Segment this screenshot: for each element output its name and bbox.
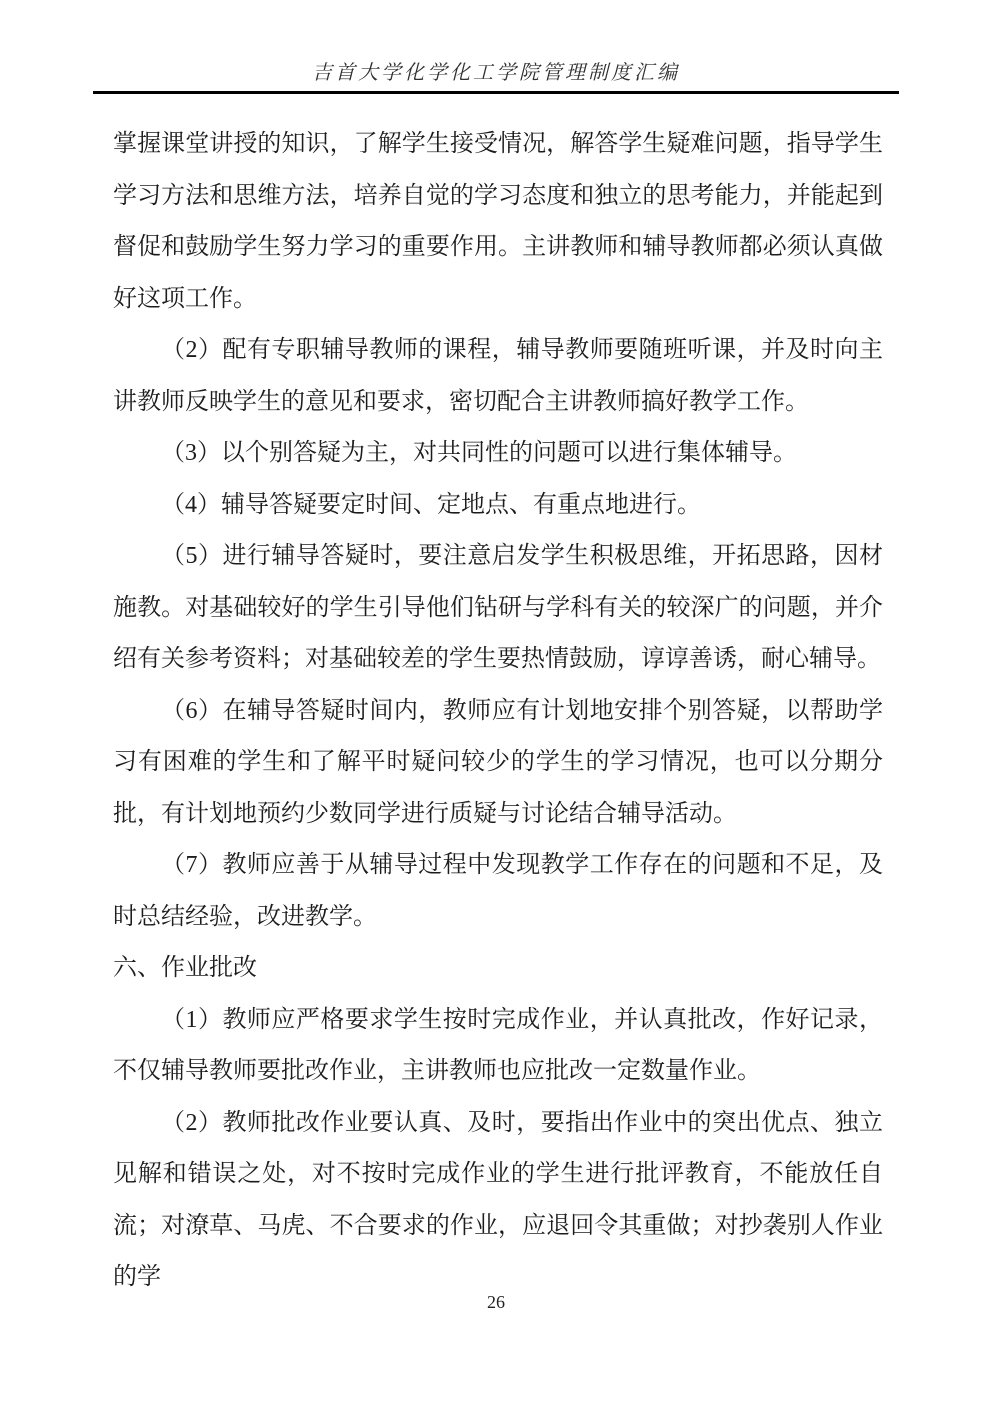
- document-body: 掌握课堂讲授的知识，了解学生接受情况，解答学生疑难问题，指导学生学习方法和思维方…: [113, 119, 883, 1304]
- paragraph-item-3: （3）以个别答疑为主，对共同性的问题可以进行集体辅导。: [113, 428, 883, 480]
- paragraph-item-7: （7）教师应善于从辅导过程中发现教学工作存在的问题和不足，及时总结经验，改进教学…: [113, 840, 883, 943]
- running-header: 吉首大学化学化工学院管理制度汇编: [93, 60, 899, 94]
- paragraph-item-2-homework: （2）教师批改作业要认真、及时，要指出作业中的突出优点、独立见解和错误之处，对不…: [113, 1098, 883, 1304]
- header-title: 吉首大学化学化工学院管理制度汇编: [312, 60, 680, 86]
- document-page: 吉首大学化学化工学院管理制度汇编 掌握课堂讲授的知识，了解学生接受情况，解答学生…: [0, 0, 992, 1403]
- header-rule: [93, 91, 899, 94]
- paragraph-continuation: 掌握课堂讲授的知识，了解学生接受情况，解答学生疑难问题，指导学生学习方法和思维方…: [113, 119, 883, 325]
- page-footer: 26: [0, 1290, 992, 1314]
- paragraph-item-6: （6）在辅导答疑时间内，教师应有计划地安排个别答疑，以帮助学习有困难的学生和了解…: [113, 686, 883, 841]
- paragraph-item-2: （2）配有专职辅导教师的课程，辅导教师要随班听课，并及时向主讲教师反映学生的意见…: [113, 325, 883, 428]
- page-number: 26: [487, 1292, 505, 1312]
- paragraph-item-4: （4）辅导答疑要定时间、定地点、有重点地进行。: [113, 480, 883, 532]
- section-heading-homework: 六、作业批改: [113, 943, 883, 995]
- paragraph-item-5: （5）进行辅导答疑时，要注意启发学生积极思维，开拓思路，因材施教。对基础较好的学…: [113, 531, 883, 686]
- paragraph-item-1-homework: （1）教师应严格要求学生按时完成作业，并认真批改，作好记录，不仅辅导教师要批改作…: [113, 995, 883, 1098]
